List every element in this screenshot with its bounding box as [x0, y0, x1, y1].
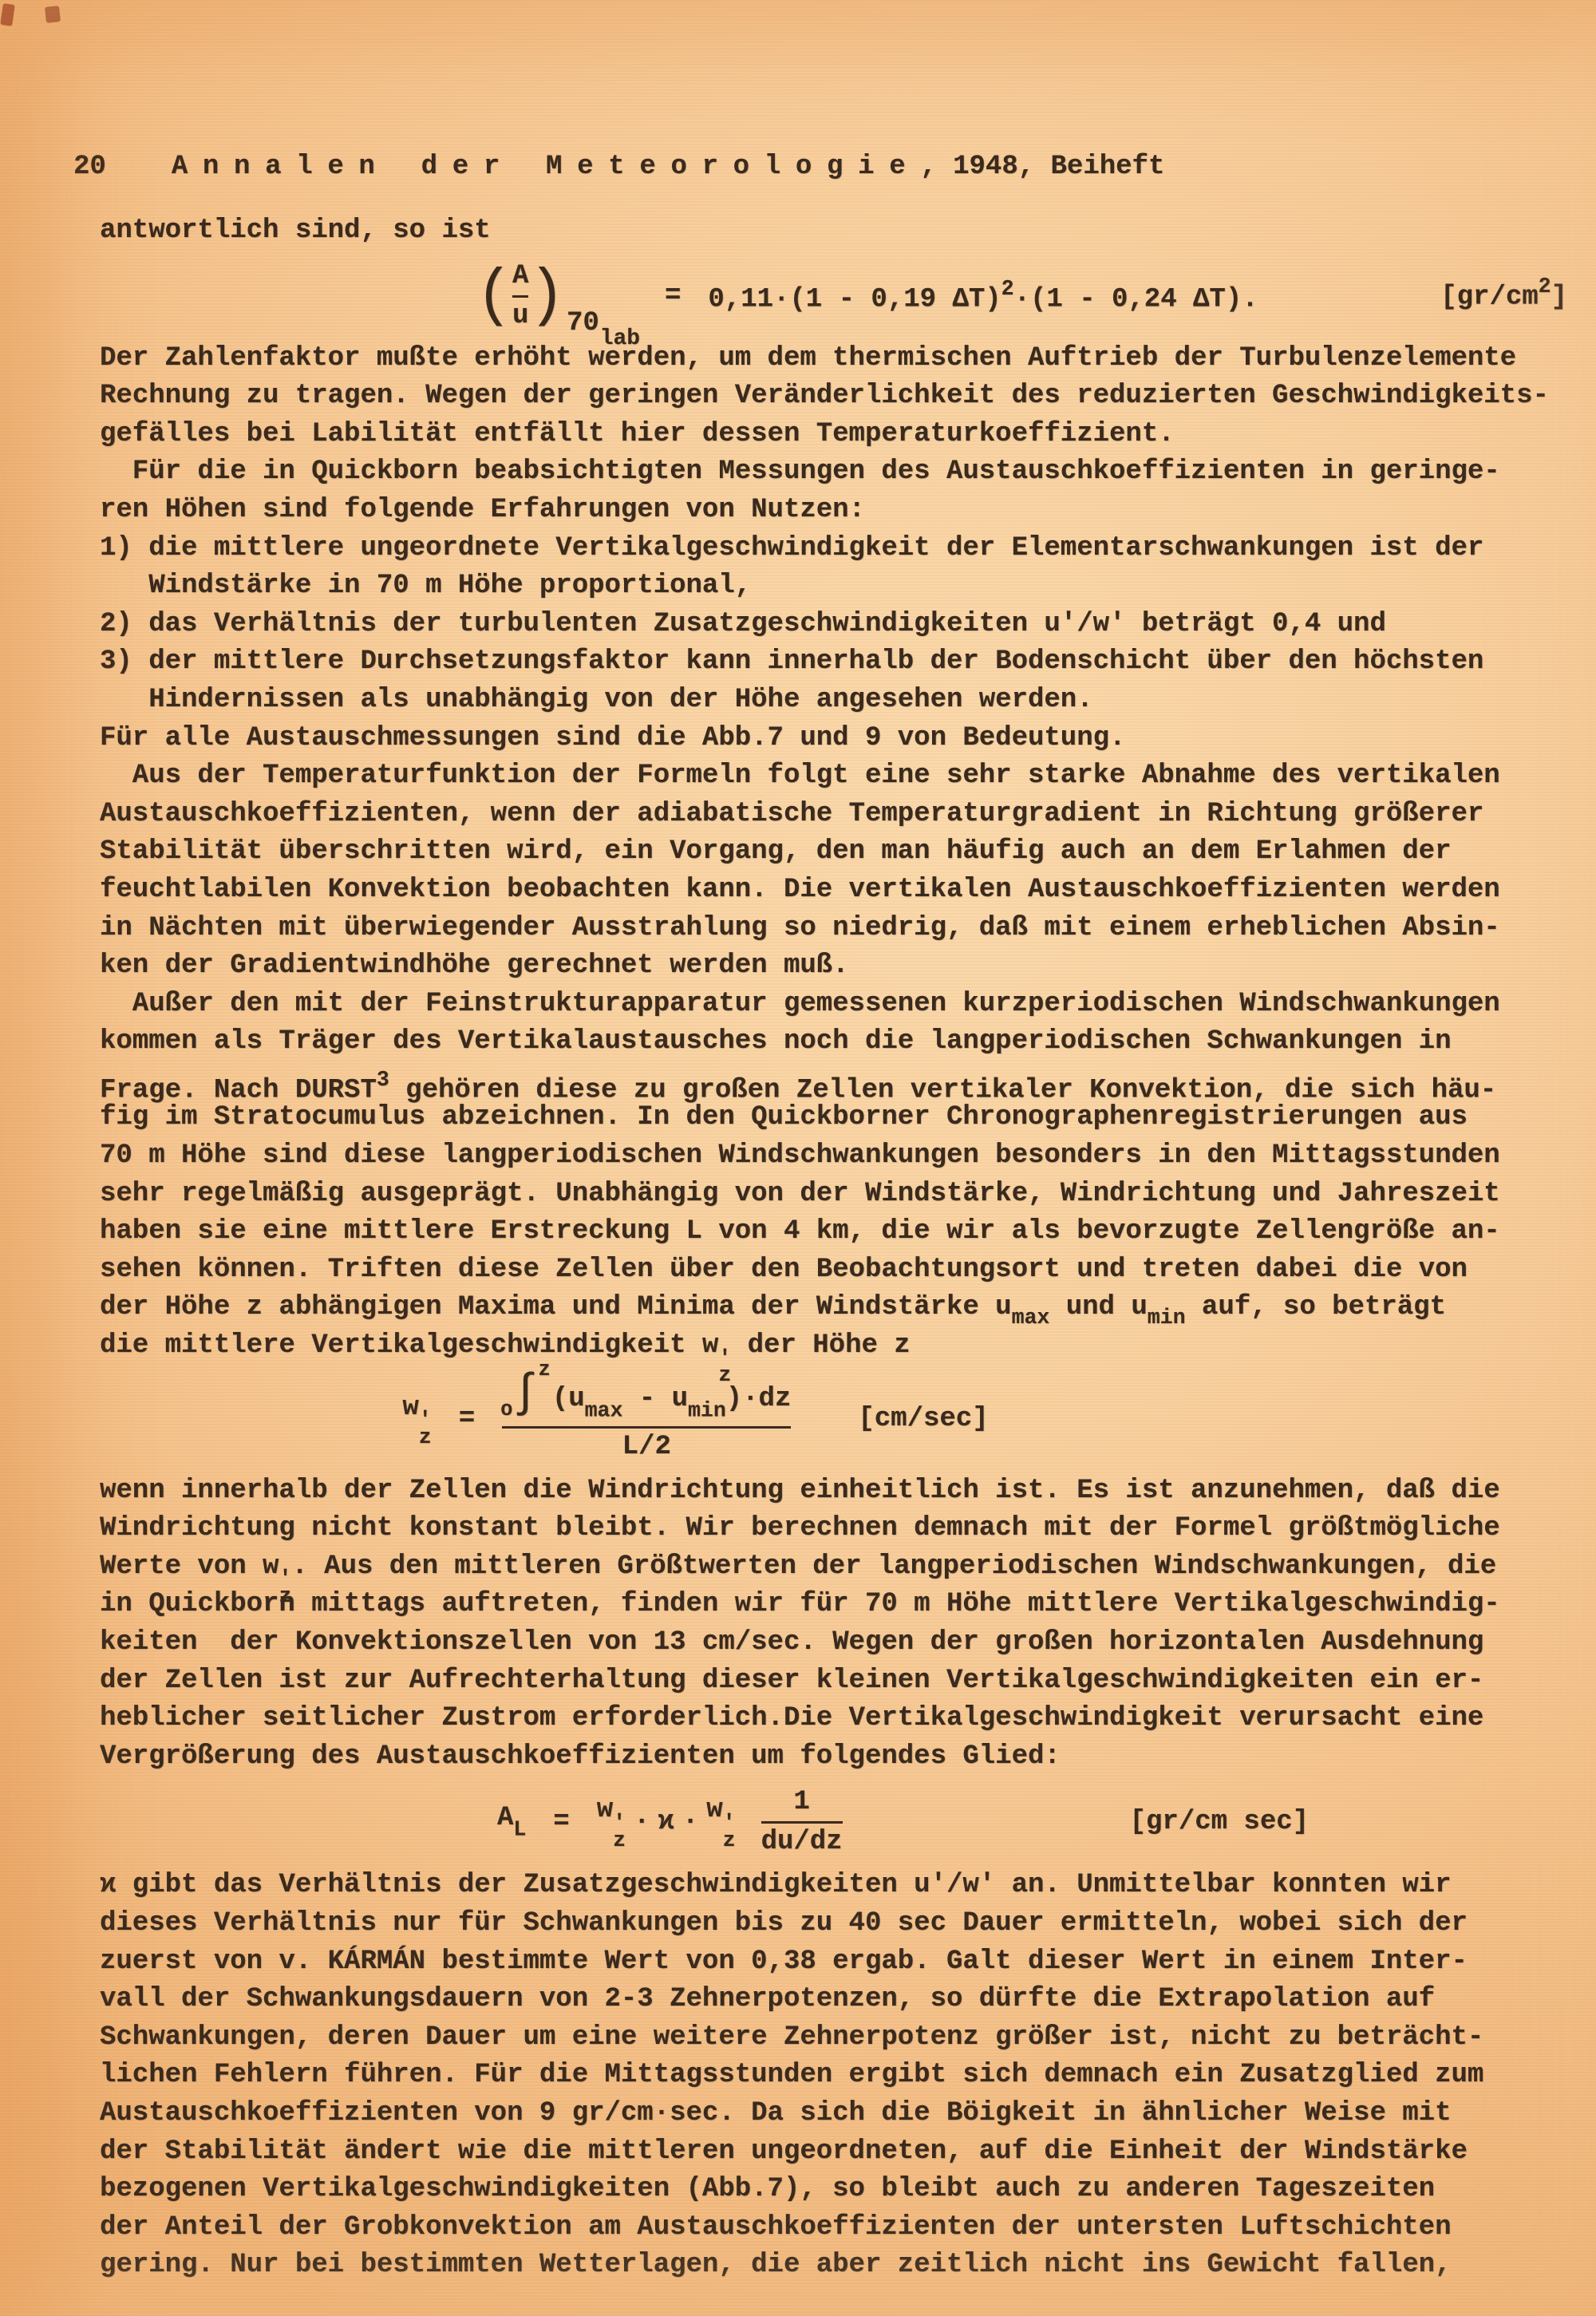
rhs-exponent: 2: [1001, 277, 1014, 301]
text-line: 2) das Verhältnis der turbulenten Zusatz…: [100, 606, 1562, 644]
w-prime-z-symbol: w'z: [402, 1393, 431, 1447]
page-header: 20Annalen der Meteorologie, 1948, Beihef…: [73, 148, 1164, 185]
text-line: der Höhe z abhängigen Maxima und Minima …: [100, 1289, 1562, 1327]
text-line: gefälles bei Labilität entfällt hier des…: [100, 416, 1562, 454]
integral-upper-bound: z: [539, 1358, 551, 1381]
page-number: 20: [73, 152, 106, 182]
unit-text: [gr/cm: [1440, 282, 1538, 312]
text-line: Windrichtung nicht konstant bleibt. Wir …: [100, 1510, 1562, 1548]
numerator-term: )·dz: [726, 1384, 792, 1414]
text-line: 70 m Höhe sind diese langperiodischen Wi…: [100, 1137, 1562, 1176]
fraction-bar: [502, 1426, 791, 1429]
text-line: Austauschkoeffizienten von 9 gr/cm·sec. …: [100, 2095, 1562, 2133]
multiplication-dot: ·: [682, 1807, 698, 1838]
fraction-denominator: L/2: [622, 1432, 671, 1463]
l-subscript: L: [513, 1817, 526, 1841]
formula-unit: [gr/cm sec]: [1130, 1807, 1309, 1838]
u-max-subscript: max: [585, 1398, 623, 1422]
formula-rhs: 0,11·(1 - 0,19 ΔT)2·(1 - 0,24 ΔT).: [708, 277, 1258, 316]
text-line: Für die in Quickborn beabsichtigten Mess…: [100, 453, 1562, 492]
fraction-numerator: A: [512, 261, 528, 292]
text-line: Stabilität überschritten wird, ein Vorga…: [100, 833, 1562, 871]
multiplication-dot: ·: [634, 1807, 650, 1838]
z-subscript: z: [613, 1832, 626, 1850]
scan-artifact: [45, 6, 61, 23]
stacked-prime-z: 'z: [613, 1815, 626, 1849]
rhs-term-2: ·(1 - 0,24 ΔT).: [1014, 285, 1258, 315]
z-subscript: z: [723, 1832, 736, 1850]
fraction-bar: [761, 1821, 843, 1824]
fraction-1-over-dudz: 1 du/dz: [761, 1787, 843, 1858]
fraction-integral-over-l2: z∫o(umax - umin)·dz L/2: [502, 1376, 791, 1463]
formula-subscript-70-lab: 70lab: [567, 308, 639, 339]
formula-expression: ( A u ) 70lab = 0,11·(1 - 0,19 ΔT)2·(1 -…: [476, 261, 1258, 332]
w-base: w: [597, 1795, 613, 1825]
unit-bracket: ]: [1551, 282, 1567, 312]
kappa-symbol: ϰ: [658, 1807, 674, 1838]
stacked-prime-z: 'z: [419, 1412, 432, 1446]
fraction-denominator: du/dz: [761, 1827, 843, 1858]
text-line: ren Höhen sind folgende Erfahrungen von …: [100, 492, 1562, 530]
text-line: fig im Stratocumulus abzeichnen. In den …: [100, 1099, 1562, 1137]
text-line: Windstärke in 70 m Höhe proportional,: [100, 567, 1562, 606]
text-line: sehen können. Triften diese Zellen über …: [100, 1251, 1562, 1290]
equals-sign: =: [553, 1807, 569, 1838]
integral-sign: z∫o: [504, 1376, 547, 1415]
text-line: Frage. Nach DURST3 gehören diese zu groß…: [100, 1061, 1562, 1100]
text-line: in Quickborn mittags auftreten, finden w…: [100, 1586, 1562, 1624]
text-line: Für alle Austauschmessungen sind die Abb…: [100, 720, 1562, 758]
text-line: Werte von w'z. Aus den mittleren Größtwe…: [100, 1548, 1562, 1587]
journal-title: Annalen der Meteorologie, 1948, Beiheft: [172, 152, 1165, 182]
a-base: A: [497, 1803, 513, 1833]
scanned-document-page: 20Annalen der Meteorologie, 1948, Beihef…: [0, 0, 1596, 2316]
numerator-term: (u: [552, 1384, 585, 1414]
text-line: dieses Verhältnis nur für Schwankungen b…: [100, 1905, 1562, 1943]
page-body: antwortlich sind, so ist ( A u ) 70lab =…: [100, 212, 1562, 2285]
fraction-numerator: 1: [793, 1787, 809, 1818]
text-line: der Anteil der Grobkonvektion am Austaus…: [100, 2209, 1562, 2247]
text-line: in Nächten mit überwiegender Ausstrahlun…: [100, 910, 1562, 948]
w-prime-z-symbol: w'z: [706, 1795, 735, 1849]
equals-sign: =: [459, 1404, 475, 1435]
rhs-term-1: 0,11·(1 - 0,19 ΔT): [708, 285, 1001, 315]
unit-exponent: 2: [1539, 274, 1551, 298]
paragraph-block-3: ϰ gibt das Verhältnis der Zusatzgeschwin…: [100, 1867, 1562, 2285]
formula-vertical-velocity: w'z = z∫o(umax - umin)·dz L/2 [cm/sec]: [0, 1378, 1427, 1461]
text-line: Hindernissen als unabhängig von der Höhe…: [100, 682, 1562, 720]
text-line: heblicher seitlicher Zustrom erforderlic…: [100, 1700, 1562, 1738]
text-line: Austauschkoeffizienten, wenn der adiabat…: [100, 796, 1562, 834]
open-paren: (: [476, 268, 512, 326]
text-line: der Zellen ist zur Aufrechterhaltung die…: [100, 1662, 1562, 1701]
equals-sign: =: [665, 281, 681, 312]
text-line: 3) der mittlere Durchsetzungsfaktor kann…: [100, 643, 1562, 682]
text-line: vall der Schwankungsdauern von 2-3 Zehne…: [100, 1981, 1562, 2019]
scan-artifact: [0, 3, 15, 26]
formula-exchange-coefficient: ( A u ) 70lab = 0,11·(1 - 0,19 ΔT)2·(1 -…: [100, 263, 1562, 330]
w-prime-z-symbol: w'z: [597, 1795, 626, 1849]
text-line: zuerst von v. KÁRMÁN bestimmte Wert von …: [100, 1943, 1562, 1982]
text-line: 1) die mittlere ungeordnete Vertikalgesc…: [100, 530, 1562, 568]
fraction-denominator: u: [512, 301, 528, 332]
formula-unit: [cm/sec]: [858, 1404, 988, 1435]
subscript-70: 70: [567, 308, 599, 338]
journal-title-name: Annalen der Meteorologie: [172, 152, 920, 182]
text-line: sehr regelmäßig ausgeprägt. Unabhängig v…: [100, 1176, 1562, 1214]
stacked-prime-z: 'z: [723, 1815, 736, 1849]
paragraph-block-2: wenn innerhalb der Zellen die Windrichtu…: [100, 1472, 1562, 1777]
text-line: Der Zahlenfaktor mußte erhöht werden, um…: [100, 340, 1562, 378]
text-line: wenn innerhalb der Zellen die Windrichtu…: [100, 1472, 1562, 1511]
text-line: haben sie eine mittlere Erstreckung L vo…: [100, 1213, 1562, 1251]
w-base: w: [706, 1795, 722, 1825]
formula-additional-term: AL = w'z · ϰ · w'z 1 du/dz [gr/cm sec]: [172, 1788, 1596, 1856]
z-subscript: z: [419, 1429, 432, 1447]
text-line: gering. Nur bei bestimmten Wetterlagen, …: [100, 2247, 1562, 2285]
fraction-a-over-u: A u: [512, 261, 528, 332]
text-line: Schwankungen, deren Dauer um eine weiter…: [100, 2019, 1562, 2057]
text-line: Rechnung zu tragen. Wegen der geringen V…: [100, 377, 1562, 416]
a-sub-l-symbol: AL: [497, 1803, 526, 1842]
u-min-subscript: min: [688, 1398, 726, 1422]
numerator-term: - u: [622, 1384, 688, 1414]
subscript-lab: lab: [600, 326, 640, 351]
journal-title-issue: , 1948, Beiheft: [920, 152, 1164, 182]
intro-line: antwortlich sind, so ist: [100, 212, 1562, 251]
text-line: Vergrößerung des Austauschkoeffizienten …: [100, 1738, 1562, 1777]
text-line: kommen als Träger des Vertikalaustausche…: [100, 1023, 1562, 1061]
text-line: Außer den mit der Feinstrukturapparatur …: [100, 986, 1562, 1024]
text-line: ken der Gradientwindhöhe gerechnet werde…: [100, 947, 1562, 986]
close-paren: ): [528, 268, 565, 326]
fraction-bar: [512, 295, 528, 298]
integral-glyph: ∫: [512, 1368, 539, 1420]
text-line: ϰ gibt das Verhältnis der Zusatzgeschwin…: [100, 1867, 1562, 1905]
paragraph-block-1: Der Zahlenfaktor mußte erhöht werden, um…: [100, 340, 1562, 1365]
text-line: keiten der Konvektionszellen von 13 cm/s…: [100, 1624, 1562, 1662]
text-line: der Stabilität ändert wie die mittleren …: [100, 2133, 1562, 2172]
w-base: w: [402, 1393, 418, 1423]
formula-unit: [gr/cm2]: [1440, 274, 1567, 313]
text-line: lichen Fehlern führen. Für die Mittagsst…: [100, 2057, 1562, 2095]
integral-numerator: z∫o(umax - umin)·dz: [502, 1376, 791, 1423]
text-line: die mittlere Vertikalgeschwindigkeit w'z…: [100, 1327, 1562, 1365]
text-line: feuchtlabilen Konvektion beobachten kann…: [100, 871, 1562, 910]
text-line: Aus der Temperaturfunktion der Formeln f…: [100, 757, 1562, 796]
text-line: bezogenen Vertikalgeschwindigkeiten (Abb…: [100, 2171, 1562, 2209]
integral-lower-bound: o: [500, 1398, 512, 1421]
